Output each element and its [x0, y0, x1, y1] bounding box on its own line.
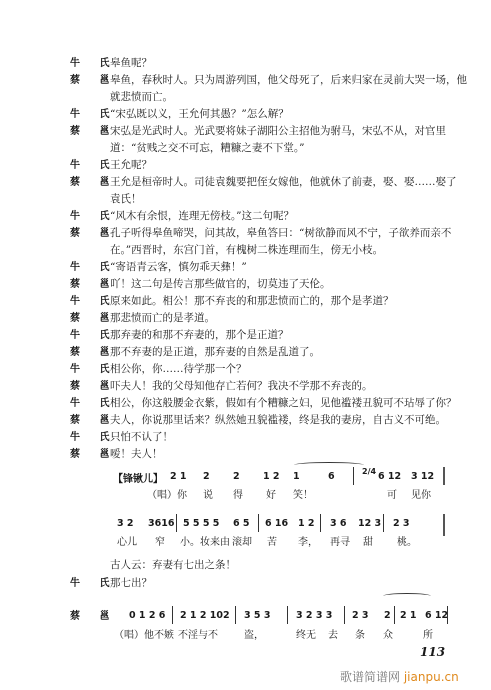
lyric: 所: [423, 626, 433, 641]
dialogue-text: 那弃妻的和那不弃妻的，那个是正道？: [110, 328, 289, 342]
notes: 2 3: [393, 518, 410, 529]
notes: 12 3: [358, 518, 381, 529]
notes: 6 5: [233, 518, 250, 529]
dialogue-line: 蔡 邕嗳！夫人！: [70, 447, 163, 462]
watermark: 歌谱简谱网 jianpu.cn: [340, 668, 459, 685]
dialogue-line: 牛 氏相公你，你……待学那一个？: [70, 362, 247, 377]
speaker: 蔡 邕: [70, 414, 110, 428]
lyric: 盗，: [244, 626, 264, 641]
dialogue-line: 牛 氏相公，你这般腰金衣紫，假如有个糟糠之妇，见他褴褛丑貌可不玷辱了你？: [70, 396, 457, 411]
dialogue-text: 夫人，你说那里话来？纵然她丑貌褴褛，终是我的妻房，自古义不可绝。: [110, 413, 446, 427]
speaker: 牛 氏: [70, 57, 110, 71]
speaker: 蔡 邕: [70, 125, 110, 139]
lyric: 小。妆来由: [180, 533, 230, 548]
notes: 3 12: [411, 471, 434, 482]
notes: 3 6: [330, 518, 347, 529]
speaker: 牛 氏: [70, 431, 110, 445]
score-speaker-line: 蔡 邕: [70, 609, 110, 624]
notes: 2: [384, 610, 391, 621]
dialogue-text: 孔子听得皋鱼啼哭，问其故，皋鱼答曰：“树欲静而风不宁，子欲养而亲不: [110, 226, 451, 240]
dialogue-line: 蔡 邕宋弘是光武时人。光武要将妹子湖阳公主招他为驸马，宋弘不从，对官里: [70, 124, 446, 139]
speaker: 蔡 邕: [70, 312, 110, 326]
dialogue-line: 蔡 邕那不弃妻的是正道，那弃妻的自然是乱道了。: [70, 345, 320, 360]
bar-line: [394, 606, 395, 624]
speaker: 蔡 邕: [70, 448, 110, 462]
dialogue-text: “寄语青云客，慎勿乖天彝！”: [110, 260, 247, 274]
spoken-line: 古人云：弃妻有七出之条！: [110, 558, 236, 572]
dialogue-line: 牛 氏只怕不认了！: [70, 430, 173, 445]
dialogue-line: 牛 氏那七出？: [70, 576, 152, 591]
speaker: 蔡 邕: [70, 610, 110, 624]
lyric: 窄: [155, 533, 165, 548]
dialogue-text: “宋弘既以义，王允何其愚？”怎么解？: [110, 107, 289, 121]
lyric: （唱）他不嫉: [114, 626, 174, 641]
notes: 2 1 2 102: [180, 610, 230, 621]
bar-line: [176, 514, 177, 532]
bar-line: [235, 606, 236, 624]
dialogue-text: 嗳！夫人！: [110, 447, 163, 461]
notes: 3 2 3 3: [296, 610, 332, 621]
page-number: 113: [420, 645, 445, 659]
bar-line: [447, 606, 448, 624]
dialogue-text: 那七出？: [110, 576, 152, 590]
dialogue-text: 皋鱼呢？: [110, 56, 152, 70]
dialogue-text: 吓夫人！我的父母知他存亡若何？我决不学那不弃丧的。: [110, 379, 373, 393]
dialogue-text: 吖！这二句是传言那些做官的，切莫违了天伦。: [110, 277, 331, 291]
notes: 2 3: [352, 610, 369, 621]
notes: 5 5 5 5: [183, 518, 219, 529]
lyric: 桃。: [397, 533, 417, 548]
lyric: 甜: [363, 533, 373, 548]
lyric: 滚却: [232, 533, 252, 548]
dialogue-line: 蔡 邕吓夫人！我的父母知他存亡若何？我决不学那不弃丧的。: [70, 379, 373, 394]
notes: 3 5 3: [244, 610, 270, 621]
lyric: 李，: [298, 533, 318, 548]
speaker: 蔡 邕: [70, 380, 110, 394]
lyric: 不淫与不: [178, 626, 218, 641]
score-page: 牛 氏皋鱼呢？ 蔡 邕皋鱼，春秋时人。只为周游列国，他父母死了，后来归家在灵前大…: [0, 0, 491, 690]
bar-line: [443, 467, 445, 485]
lyric: 说: [203, 486, 213, 501]
speaker: 蔡 邕: [70, 74, 110, 88]
lyric: 再寻: [330, 533, 350, 548]
lyric: 苦: [267, 533, 277, 548]
bar-line: [344, 606, 345, 624]
dialogue-line: 蔡 邕那悲愤而亡的是孝道。: [70, 311, 215, 326]
speaker: 牛 氏: [70, 210, 110, 224]
notes: 1: [293, 471, 300, 482]
notes: 2 1: [400, 610, 417, 621]
speaker: 牛 氏: [70, 329, 110, 343]
bar-line: [383, 514, 384, 532]
slur: [383, 593, 431, 599]
lyric: 终无: [296, 626, 316, 641]
dialogue-line: 蔡 邕孔子听得皋鱼啼哭，问其故，皋鱼答曰：“树欲静而风不宁，子欲养而亲不: [70, 226, 451, 241]
lyric: 众: [383, 626, 393, 641]
speaker: 牛 氏: [70, 577, 110, 591]
notes: 6 12: [378, 471, 401, 482]
notes: 1 2: [298, 518, 315, 529]
notes: 0 1 2 6: [129, 610, 165, 621]
dialogue-line: 蔡 邕吖！这二句是传言那些做官的，切莫违了天伦。: [70, 277, 331, 292]
lyric: 去: [328, 626, 338, 641]
dialogue-line: 牛 氏“寄语青云客，慎勿乖天彝！”: [70, 260, 247, 275]
dialogue-text: “风木有余恨，连理无傍枝。”这二句呢？: [110, 209, 294, 223]
speaker: 牛 氏: [70, 261, 110, 275]
dialogue-line: 牛 氏“宋弘既以义，王允何其愚？”怎么解？: [70, 107, 289, 122]
bar-line: [320, 514, 321, 532]
notes: 6: [328, 471, 335, 482]
dialogue-text: 只怕不认了！: [110, 430, 173, 444]
dialogue-line: 牛 氏王允呢？: [70, 158, 152, 173]
notes: 3 2: [117, 518, 134, 529]
speaker: 牛 氏: [70, 108, 110, 122]
dialogue-line: 牛 氏皋鱼呢？: [70, 56, 152, 71]
speaker: 牛 氏: [70, 397, 110, 411]
speaker: 牛 氏: [70, 363, 110, 377]
lyric: 条: [355, 626, 365, 641]
dialogue-text: 王允是桓帝时人。司徒袁魏要把侄女嫁他，他就休了前妻，娶、娶……娶了: [110, 175, 457, 189]
watermark-text: 歌谱简谱网: [340, 670, 400, 684]
notes: 1 2: [263, 471, 280, 482]
lyric: （唱）你: [147, 486, 187, 501]
dialogue-continuation: 道：“贫贱之交不可忘，糟糠之妻不下堂。”: [110, 141, 305, 155]
lyric: 心儿: [117, 533, 137, 548]
watermark-domain: jianpu.cn: [404, 670, 459, 684]
dialogue-line: 蔡 邕王允是桓帝时人。司徒袁魏要把侄女嫁他，他就休了前妻，娶、娶……娶了: [70, 175, 457, 190]
lyric: 见你: [411, 486, 431, 501]
bar-line: [443, 514, 445, 536]
dialogue-continuation: 就悲愤而亡。: [110, 90, 173, 104]
speaker: 牛 氏: [70, 295, 110, 309]
dialogue-line: 牛 氏那弃妻的和那不弃妻的，那个是正道？: [70, 328, 289, 343]
speaker: 蔡 邕: [70, 278, 110, 292]
dialogue-text: 那不弃妻的是正道，那弃妻的自然是乱道了。: [110, 345, 320, 359]
dialogue-text: 宋弘是光武时人。光武要将妹子湖阳公主招他为驸马，宋弘不从，对官里: [110, 124, 446, 138]
notes: 2 1: [170, 471, 187, 482]
bar-line: [353, 467, 354, 485]
dialogue-text: 王允呢？: [110, 158, 152, 172]
notes: 2: [203, 471, 210, 482]
speaker: 蔡 邕: [70, 176, 110, 190]
lyric: 好: [266, 486, 276, 501]
dialogue-text: 相公你，你……待学那一个？: [110, 362, 247, 376]
time-signature: 2/4: [362, 467, 370, 476]
notes: 2: [233, 471, 240, 482]
dialogue-line: 蔡 邕皋鱼，春秋时人。只为周游列国，他父母死了，后来归家在灵前大哭一场，他: [70, 73, 467, 88]
speaker: 蔡 邕: [70, 346, 110, 360]
notes: 3616: [148, 518, 174, 529]
dialogue-text: 原来如此。相公！那不弃丧的和那悲愤而亡的，那个是孝道？: [110, 294, 394, 308]
dialogue-text: 那悲愤而亡的是孝道。: [110, 311, 215, 325]
dialogue-text: 相公，你这般腰金衣紫，假如有个糟糠之妇，见他褴褛丑貌可不玷辱了你？: [110, 396, 457, 410]
lyric: 可: [387, 486, 397, 501]
dialogue-line: 牛 氏原来如此。相公！那不弃丧的和那悲愤而亡的，那个是孝道？: [70, 294, 394, 309]
dialogue-line: 蔡 邕夫人，你说那里话来？纵然她丑貌褴褛，终是我的妻房，自古义不可绝。: [70, 413, 446, 428]
dialogue-continuation: 袁氏！: [110, 192, 142, 206]
speaker: 蔡 邕: [70, 227, 110, 241]
bar-line: [258, 514, 259, 532]
tune-name: 【锋锹儿】: [113, 470, 163, 485]
speaker: 牛 氏: [70, 159, 110, 173]
lyric: 得: [233, 486, 243, 501]
bar-line: [172, 606, 173, 624]
notes: 6 12: [425, 610, 448, 621]
dialogue-line: 牛 氏“风木有余恨，连理无傍枝。”这二句呢？: [70, 209, 294, 224]
bar-line: [287, 606, 288, 624]
lyric: 笑！: [293, 486, 313, 501]
dialogue-text: 皋鱼，春秋时人。只为周游列国，他父母死了，后来归家在灵前大哭一场，他: [110, 73, 467, 87]
notes: 6 16: [265, 518, 288, 529]
dialogue-continuation: 在。”西晋时，东宫门首，有槐树二株连理而生，傍无小枝。: [110, 243, 383, 257]
